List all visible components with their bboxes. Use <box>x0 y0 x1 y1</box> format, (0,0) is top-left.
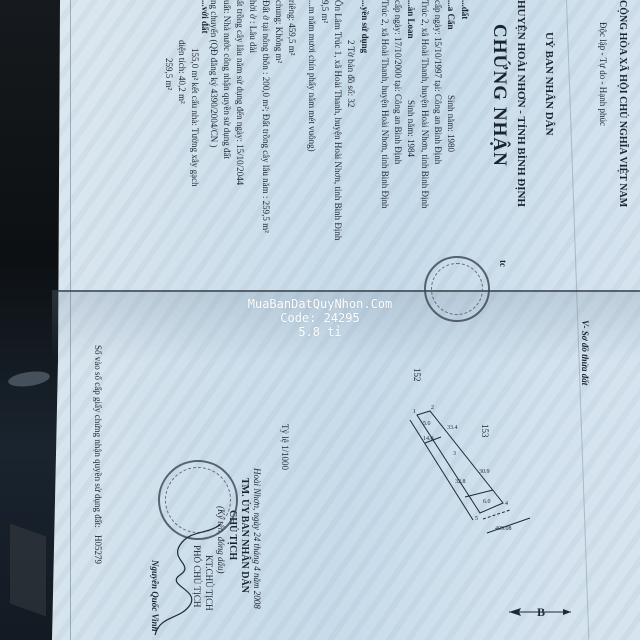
land-origin: uất: Nhà nước công nhận quyền sử dụng đấ… <box>222 0 232 159</box>
building-line3: 259,5 m² <box>164 58 174 90</box>
north-label: B <box>537 605 545 619</box>
watermark-price: 5.8 tỉ <box>210 325 430 339</box>
header-country: CỘNG HÒA XÃ HỘI CHỦ NGHĨA VIỆT NAM <box>617 0 628 207</box>
dim-e: 6.0 <box>483 499 491 505</box>
land-parcel-diagram: 1 2 3 4 5 5.0 14.0 33.4 30.9 32.8 6.0 40… <box>395 385 535 535</box>
vertex-2: 2 <box>431 405 434 411</box>
land-private: riêng: 459,5 m² <box>287 0 297 55</box>
land-purpose: Đất ở tại nông thôn : 200,0 m²; Đất trồn… <box>261 0 271 233</box>
dim-d: 32.8 <box>455 479 466 485</box>
road-label: 409.08 <box>495 526 512 532</box>
registry-number: H05279 <box>93 535 103 564</box>
header-motto: Độc lập - Tự do - Hạnh phúc <box>598 22 608 126</box>
light-glint <box>7 369 51 389</box>
map-section-label: V- Sơ đồ thửa đất <box>580 320 590 385</box>
watermark: MuaBanDatQuyNhon.Com Code: 24295 5.8 tỉ <box>210 297 430 339</box>
dim-c: 30.9 <box>479 469 490 475</box>
dim-width-top: 5.0 <box>423 421 431 427</box>
owner2-birth: Sinh năm: 1984 <box>406 100 416 157</box>
sign-place-date: Hoài Nhơn, ngày 24 tháng 4 năm 2008 <box>252 468 262 609</box>
vertex-5: 5 <box>475 516 478 522</box>
vertex-4: 4 <box>505 501 508 507</box>
land-parcel: 2 Tờ bản đồ số: 32 <box>346 40 356 107</box>
official-seal-top <box>424 256 490 322</box>
signature-scribble <box>150 520 230 640</box>
dim-a: 14.0 <box>423 436 434 442</box>
fold-line <box>52 290 640 292</box>
header-district: HUYỆN HOÀI NHƠN - TỈNH BÌNH ĐỊNH <box>515 0 527 207</box>
land-common: chung: Không m² <box>274 0 284 63</box>
land-location: Ôn Lâm Trúc 1, xã Hoài Thanh, huyện Hoài… <box>333 0 343 240</box>
vertex-3: 3 <box>453 451 456 457</box>
building-line2: diện tích: 40,2 m² <box>177 40 187 104</box>
land-term-perennial: ất trồng cây lâu năm sử dụng đến ngày: 1… <box>235 0 245 185</box>
watermark-code: Code: 24295 <box>210 311 430 325</box>
sign-org: TM. ỦY BAN NHÂN DÂN <box>239 478 250 593</box>
dim-b: 33.4 <box>447 425 458 431</box>
watermark-site: MuaBanDatQuyNhon.Com <box>210 297 430 311</box>
stamp-mark: tc <box>498 260 508 267</box>
land-heading: ...yền sử dụng <box>360 0 370 53</box>
paper-shadow <box>10 523 46 616</box>
owner1-id: cấp ngày: 15/10/1997 tại: Công an Bình Đ… <box>433 0 443 164</box>
land-label: ...đất <box>460 0 470 19</box>
neighbor-152: 152 <box>412 368 422 382</box>
north-arrow: B <box>505 605 575 619</box>
owner1-birth: Sinh năm: 1980 <box>446 95 456 152</box>
land-origin-decision: ng chuyển (QĐ đăng ký 4390/2004/CN ) <box>209 0 219 147</box>
map-scale: Tỷ lệ 1/1000 <box>280 424 290 470</box>
owner1-address: Trúc 2, xã Hoài Thanh, huyện Hoài Nhơn, … <box>420 0 430 209</box>
owner2-address: Trúc 2, xã Hoài Thanh, huyện Hoài Nhơn, … <box>380 0 390 209</box>
land-area-words: ...m năm mươi chín phẩy năm mét vuông) <box>307 0 317 152</box>
owner2-id: cấp ngày: 17/10/2000 tại: Công an Bình Đ… <box>393 0 403 164</box>
registry-label: Số vào sổ cấp giấy chứng nhận quyền sử d… <box>93 345 103 528</box>
building-heading: ...với đất <box>200 0 210 34</box>
vertex-1: 1 <box>413 409 416 415</box>
building-line1: 155,0 m² kết cấu nhà: Tường xây gạch <box>190 48 200 187</box>
owner2-name: ...ăn Loan <box>406 0 416 39</box>
land-area: 9,5 m² <box>320 0 330 23</box>
document-title: CHỨNG NHẬN <box>488 24 510 167</box>
header-authority: UỶ BAN NHÂN DÂN <box>543 32 555 136</box>
owner1-name: ...a Cẩn <box>446 0 456 30</box>
land-term: hời ở : Lâu dài <box>248 0 258 53</box>
